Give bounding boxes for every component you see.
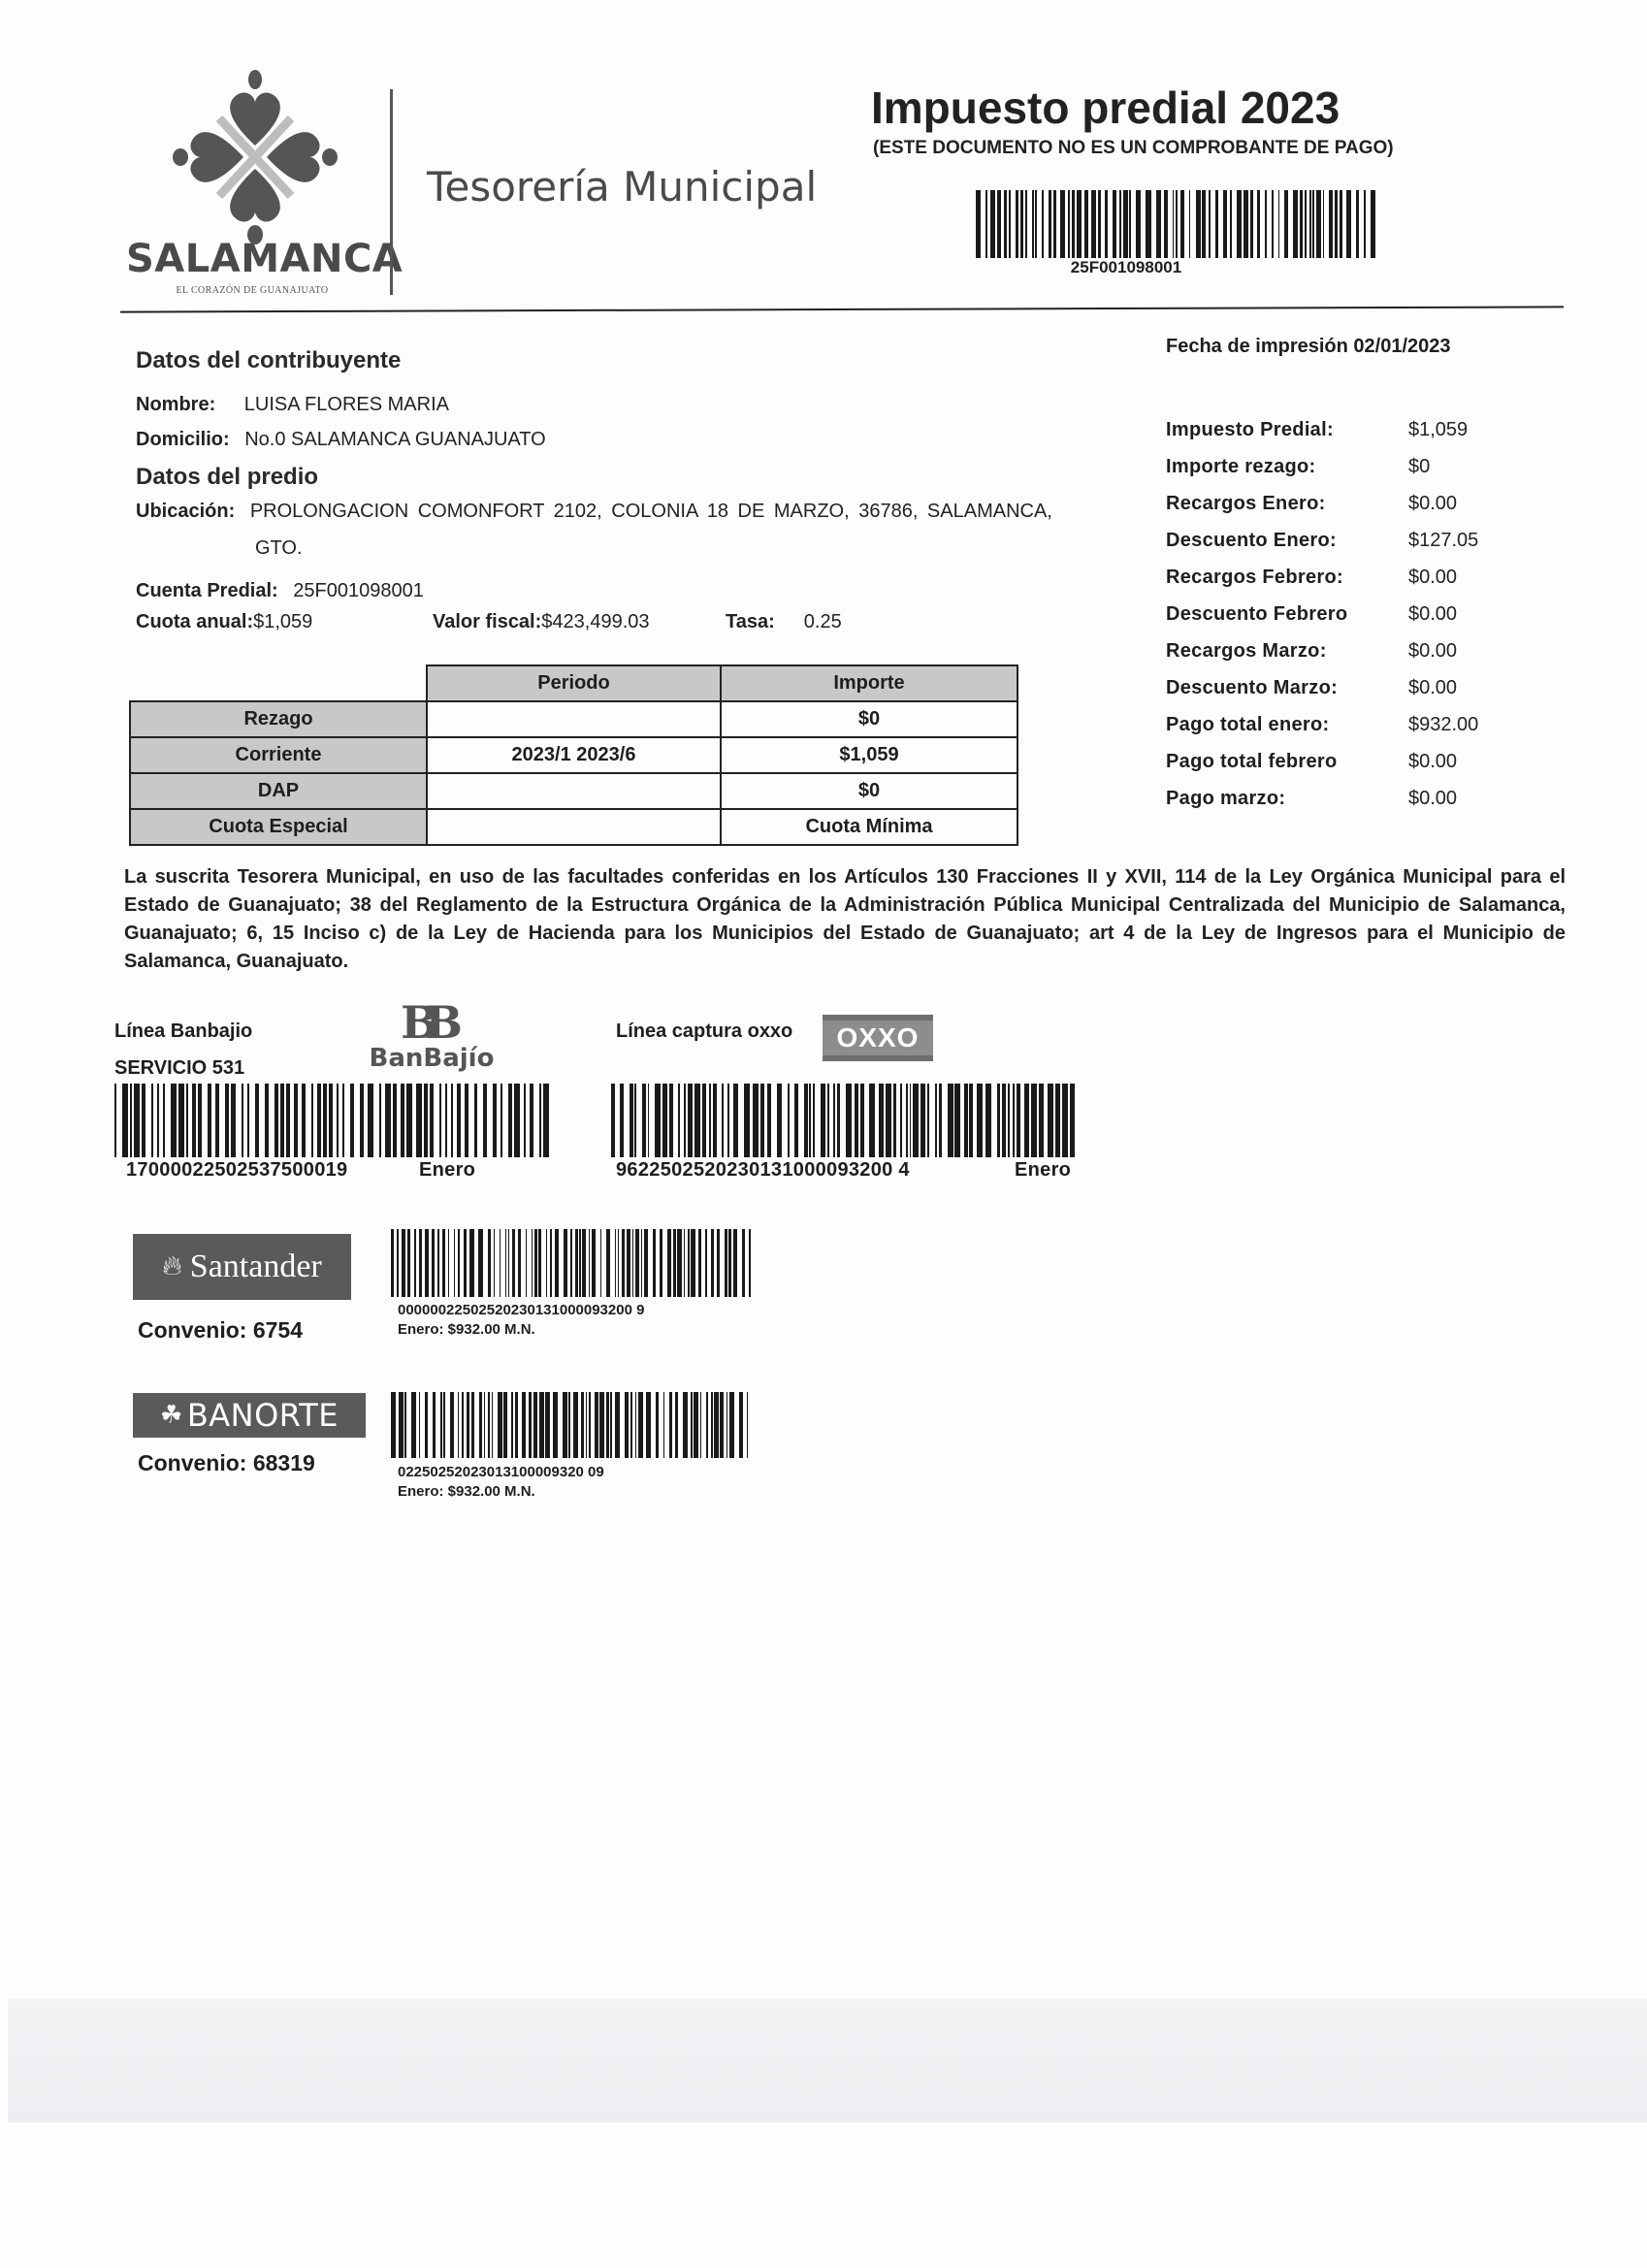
cuenta-label: Cuenta Predial: [136, 580, 278, 601]
account-barcode-number: 25F001098001 [976, 258, 1276, 277]
field-tasa: Tasa:0.25 [726, 611, 842, 633]
santander-flame-icon: 🔥︎ [162, 1251, 182, 1282]
table-row: DAP $0 [130, 773, 1017, 809]
summary-row: Pago total enero:$932.00 [1166, 706, 1554, 743]
row-importe: $0 [721, 773, 1017, 809]
summary-label: Importe rezago: [1166, 456, 1408, 478]
table-row: Corriente 2023/1 2023/6 $1,059 [130, 737, 1017, 773]
row-importe: Cuota Mínima [721, 809, 1017, 845]
santander-convenio: Convenio: 6754 [138, 1317, 303, 1344]
banorte-wordmark: BANORTE [187, 1397, 339, 1434]
banbajio-barcode [114, 1084, 556, 1157]
oxxo-logo: OXXO [823, 1015, 933, 1061]
row-concepto: DAP [130, 773, 427, 809]
summary-row: Importe rezago:$0 [1166, 448, 1554, 485]
cuota-value: $1,059 [253, 611, 312, 632]
row-importe: $0 [721, 701, 1017, 737]
summary-label: Descuento Marzo: [1166, 677, 1408, 699]
summary-label: Pago total febrero [1166, 751, 1408, 773]
summary-row: Descuento Marzo:$0.00 [1166, 669, 1554, 706]
oxxo-month: Enero [1015, 1159, 1071, 1182]
banorte-convenio: Convenio: 68319 [138, 1450, 315, 1476]
banorte-symbol-icon: ☘ [160, 1401, 183, 1430]
summary-row: Descuento Enero:$127.05 [1166, 522, 1554, 559]
summary-value: $0.00 [1408, 493, 1457, 515]
santander-logo: 🔥︎ Santander [133, 1234, 351, 1300]
column-header-importe: Importe [721, 665, 1017, 701]
row-periodo: 2023/1 2023/6 [427, 737, 721, 773]
department-name: Tesorería Municipal [427, 163, 817, 211]
field-valor-fiscal: Valor fiscal:$423,499.03 [433, 611, 650, 633]
print-date: Fecha de impresión 02/01/2023 [1166, 336, 1451, 358]
ubicacion-line1: PROLONGACION COMONFORT 2102, COLONIA 18 … [250, 501, 1052, 522]
banbajio-barcode-number: 17000022502537500019 [126, 1159, 347, 1182]
oxxo-wordmark: OXXO [837, 1022, 920, 1053]
nombre-value: LUISA FLORES MARIA [244, 394, 449, 415]
valor-value: $423,499.03 [541, 611, 649, 632]
summary-row: Descuento Febrero$0.00 [1166, 596, 1554, 632]
summary-value: $0.00 [1408, 677, 1457, 699]
section-title-predio: Datos del predio [136, 464, 318, 491]
document-title: Impuesto predial 2023 [871, 81, 1340, 134]
periodo-table: Periodo Importe Rezago $0 Corriente 2023… [129, 664, 1018, 846]
row-periodo [427, 809, 721, 845]
table-row: Rezago $0 [130, 701, 1017, 737]
legal-notice: La suscrita Tesorera Municipal, en uso d… [124, 863, 1566, 976]
table-header-row: Periodo Importe [130, 665, 1017, 701]
summary-value: $0.00 [1408, 788, 1457, 810]
summary-value: $0.00 [1408, 640, 1457, 663]
row-periodo [427, 773, 721, 809]
santander-barcode [391, 1229, 757, 1297]
summary-value: $0 [1408, 456, 1430, 478]
banbajio-servicio: SERVICIO 531 [114, 1057, 244, 1080]
banbajio-bb-icon: BB [359, 1001, 504, 1044]
cuota-label: Cuota anual: [136, 611, 253, 632]
summary-label: Descuento Febrero [1166, 603, 1408, 626]
summary-value: $932.00 [1408, 714, 1478, 736]
banorte-barcode [391, 1392, 754, 1458]
summary-value: $1,059 [1408, 419, 1468, 441]
summary-label: Descuento Enero: [1166, 530, 1408, 552]
summary-value: $127.05 [1408, 530, 1478, 552]
domicilio-value: No.0 SALAMANCA GUANAJUATO [244, 429, 545, 450]
santander-amount: Enero: $932.00 M.N. [398, 1320, 535, 1339]
document-subtitle: (ESTE DOCUMENTO NO ES UN COMPROBANTE DE … [873, 138, 1394, 159]
banbajio-logo: BB BanBajío [359, 1001, 504, 1073]
table-row: Cuota Especial Cuota Mínima [130, 809, 1017, 845]
summary-row: Impuesto Predial:$1,059 [1166, 411, 1554, 448]
summary-label: Recargos Febrero: [1166, 567, 1408, 589]
row-concepto: Corriente [130, 737, 427, 773]
oxxo-label: Línea captura oxxo [616, 1021, 792, 1043]
row-periodo [427, 701, 721, 737]
field-cuota-anual: Cuota anual:$1,059 [136, 611, 312, 633]
ubicacion-label: Ubicación: [136, 501, 235, 522]
banorte-logo: ☘ BANORTE [133, 1393, 366, 1438]
header-divider [390, 89, 393, 295]
account-barcode [976, 190, 1379, 258]
section-title-contribuyente: Datos del contribuyente [136, 347, 401, 374]
banbajio-label: Línea Banbajio [114, 1021, 252, 1043]
santander-barcode-number: 00000022502520230131000093200 9 [398, 1301, 644, 1319]
salamanca-logo: SALAMANCA EL CORAZÓN DE GUANAJUATO [126, 70, 378, 303]
summary-value: $0.00 [1408, 567, 1457, 589]
row-importe: $1,059 [721, 737, 1017, 773]
summary-row: Pago marzo:$0.00 [1166, 780, 1554, 817]
banbajio-month: Enero [419, 1159, 475, 1182]
banbajio-wordmark: BanBajío [359, 1044, 504, 1073]
field-nombre: Nombre: LUISA FLORES MARIA [136, 394, 449, 416]
field-ubicacion: Ubicación: PROLONGACION COMONFORT 2102, … [136, 501, 1052, 523]
summary-row: Recargos Enero:$0.00 [1166, 485, 1554, 522]
summary-label: Recargos Enero: [1166, 493, 1408, 515]
cuenta-value: 25F001098001 [293, 580, 424, 601]
field-cuenta-predial: Cuenta Predial: 25F001098001 [136, 580, 424, 602]
header-rule [120, 306, 1564, 312]
logo-tagline: EL CORAZÓN DE GUANAJUATO [126, 285, 378, 296]
logo-wordmark: SALAMANCA [126, 237, 378, 281]
summary-row: Pago total febrero$0.00 [1166, 743, 1554, 780]
nombre-label: Nombre: [136, 394, 215, 415]
tasa-value: 0.25 [804, 611, 842, 632]
summary-row: Recargos Marzo:$0.00 [1166, 632, 1554, 669]
row-concepto: Rezago [130, 701, 427, 737]
summary-label: Pago total enero: [1166, 714, 1408, 736]
field-domicilio: Domicilio: No.0 SALAMANCA GUANAJUATO [136, 429, 546, 451]
banorte-amount: Enero: $932.00 M.N. [398, 1482, 535, 1501]
payment-summary: Impuesto Predial:$1,059 Importe rezago:$… [1166, 411, 1554, 817]
salamanca-heart-emblem-icon [173, 70, 338, 244]
table-corner [130, 665, 427, 701]
summary-label: Impuesto Predial: [1166, 419, 1408, 441]
summary-value: $0.00 [1408, 603, 1457, 626]
oxxo-barcode-number: 9622502520230131000093200 4 [616, 1159, 910, 1182]
summary-row: Recargos Febrero:$0.00 [1166, 559, 1554, 596]
banorte-barcode-number: 02250252023013100009320 09 [398, 1463, 604, 1481]
row-concepto: Cuota Especial [130, 809, 427, 845]
santander-wordmark: Santander [190, 1248, 322, 1285]
ubicacion-line2: GTO. [255, 537, 303, 560]
column-header-periodo: Periodo [427, 665, 721, 701]
summary-label: Pago marzo: [1166, 788, 1408, 810]
tasa-label: Tasa: [726, 611, 775, 632]
reverse-side-bleed [8, 1998, 1647, 2122]
domicilio-label: Domicilio: [136, 429, 230, 450]
oxxo-barcode [611, 1084, 1077, 1157]
valor-label: Valor fiscal: [433, 611, 541, 632]
summary-label: Recargos Marzo: [1166, 640, 1408, 663]
summary-value: $0.00 [1408, 751, 1457, 773]
